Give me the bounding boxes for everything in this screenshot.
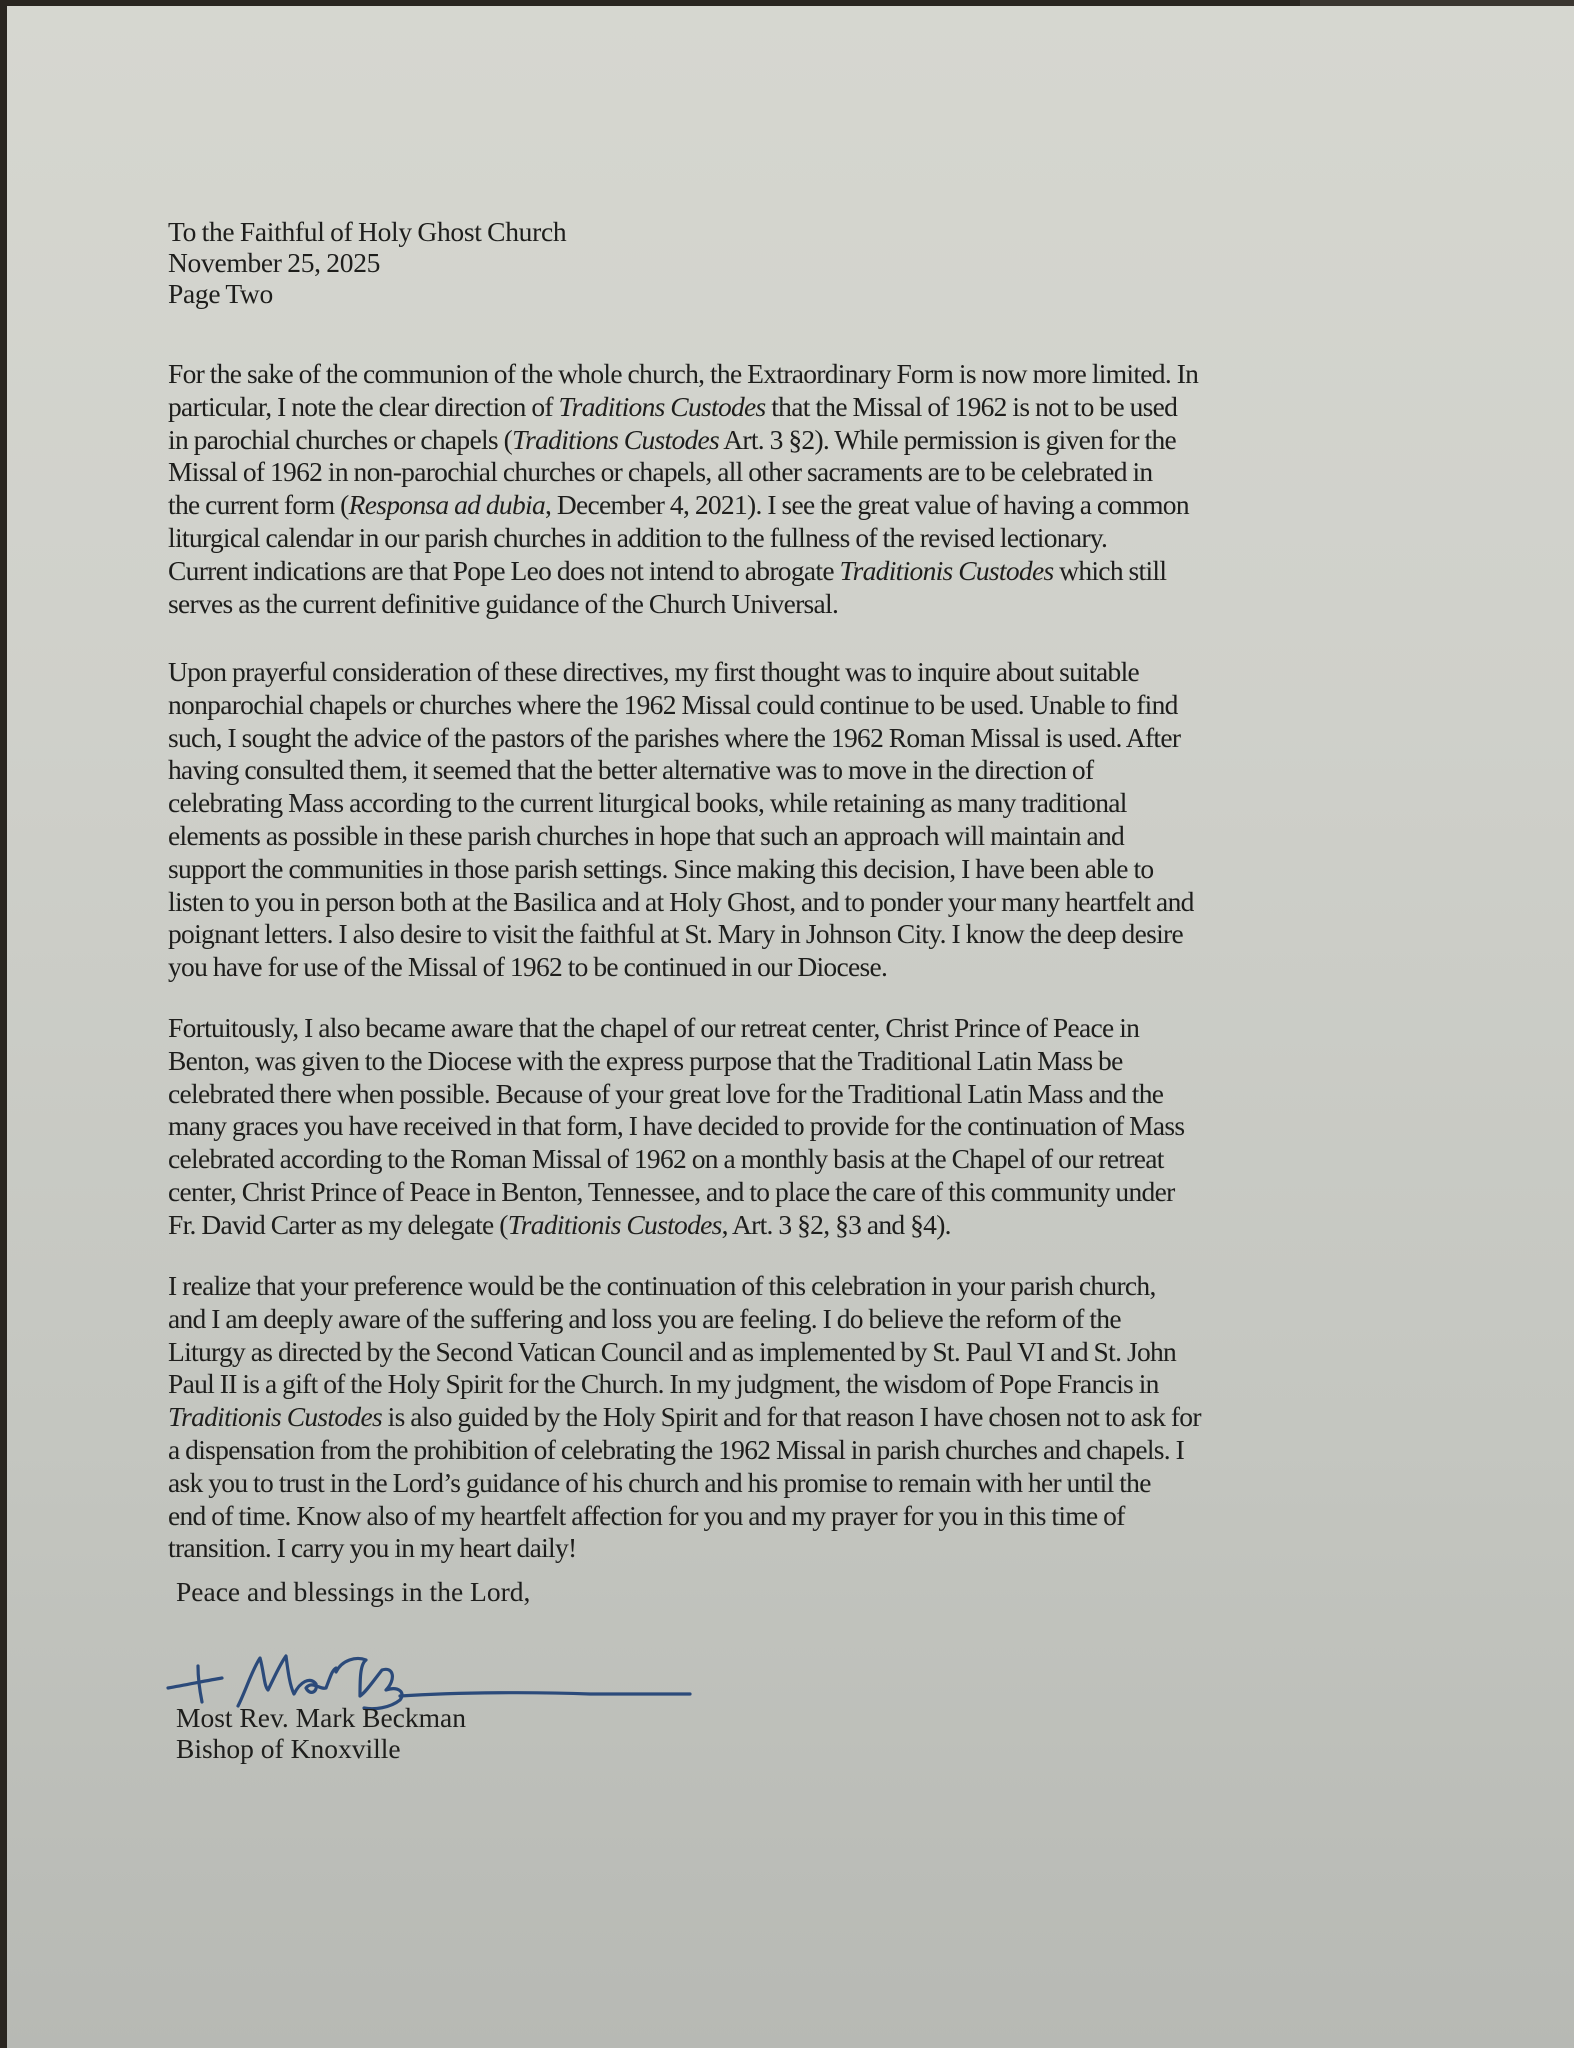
- text-run: liturgical calendar in our parish church…: [168, 522, 1107, 553]
- text-run: nonparochial chapels or churches where t…: [168, 689, 1178, 720]
- text-run: many graces you have received in that fo…: [168, 1110, 1184, 1141]
- letter-date: November 25, 2025: [168, 247, 566, 278]
- text-run: a dispensation from the prohibition of c…: [168, 1434, 1184, 1465]
- text-run: transition. I carry you in my heart dail…: [168, 1532, 577, 1563]
- text-line: Upon prayerful consideration of these di…: [168, 656, 1468, 689]
- italic-citation: Traditions Custodes: [559, 391, 766, 422]
- text-run: ask you to trust in the Lord’s guidance …: [168, 1467, 1151, 1498]
- text-run: listen to you in person both at the Basi…: [168, 886, 1194, 917]
- text-line: support the communities in those parish …: [168, 853, 1468, 886]
- italic-citation: Responsa ad dubia: [349, 489, 545, 520]
- text-run: Upon prayerful consideration of these di…: [168, 656, 1139, 687]
- text-line: Current indications are that Pope Leo do…: [168, 555, 1468, 588]
- text-run: celebrated there when possible. Because …: [168, 1078, 1163, 1109]
- text-run: the current form (: [168, 489, 349, 520]
- text-line: Traditionis Custodes is also guided by t…: [168, 1401, 1468, 1434]
- text-line: Fortuitously, I also became aware that t…: [168, 1012, 1468, 1045]
- addressee: To the Faithful of Holy Ghost Church: [168, 216, 566, 247]
- text-run: poignant letters. I also desire to visit…: [168, 918, 1183, 949]
- text-line: liturgical calendar in our parish church…: [168, 522, 1468, 555]
- text-line: Benton, was given to the Diocese with th…: [168, 1045, 1468, 1078]
- paragraph-1: For the sake of the communion of the who…: [168, 358, 1468, 620]
- paragraph-2: Upon prayerful consideration of these di…: [168, 656, 1468, 984]
- italic-citation: Traditions Custodes: [512, 424, 719, 455]
- text-run: and I am deeply aware of the suffering a…: [168, 1303, 1121, 1334]
- text-line: elements as possible in these parish chu…: [168, 820, 1468, 853]
- text-run: that the Missal of 1962 is not to be use…: [766, 391, 1178, 422]
- text-line: a dispensation from the prohibition of c…: [168, 1434, 1468, 1467]
- text-run: is also guided by the Holy Spirit and fo…: [382, 1401, 1201, 1432]
- signature-block: Most Rev. Mark Beckman Bishop of Knoxvil…: [176, 1702, 466, 1764]
- text-run: Missal of 1962 in non-parochial churches…: [168, 456, 1152, 487]
- text-run: celebrated according to the Roman Missal…: [168, 1143, 1164, 1174]
- text-run: support the communities in those parish …: [168, 853, 1153, 884]
- text-run: such, I sought the advice of the pastors…: [168, 722, 1180, 753]
- text-line: transition. I carry you in my heart dail…: [168, 1532, 1468, 1565]
- text-run: Current indications are that Pope Leo do…: [168, 555, 840, 586]
- text-line: listen to you in person both at the Basi…: [168, 886, 1468, 919]
- text-line: such, I sought the advice of the pastors…: [168, 722, 1468, 755]
- text-run: , December 4, 2021). I see the great val…: [545, 489, 1189, 520]
- background-surface: [1300, 0, 1574, 6]
- text-run: Fortuitously, I also became aware that t…: [168, 1012, 1139, 1043]
- text-run: celebrating Mass according to the curren…: [168, 787, 1127, 818]
- italic-citation: Traditionis Custodes: [840, 555, 1054, 586]
- text-line: nonparochial chapels or churches where t…: [168, 689, 1468, 722]
- text-line: celebrated according to the Roman Missal…: [168, 1143, 1468, 1176]
- text-run: which still: [1053, 555, 1166, 586]
- text-line: Missal of 1962 in non-parochial churches…: [168, 456, 1468, 489]
- signer-title: Bishop of Knoxville: [176, 1733, 466, 1764]
- text-line: poignant letters. I also desire to visit…: [168, 918, 1468, 951]
- text-line: having consulted them, it seemed that th…: [168, 754, 1468, 787]
- closing-salutation: Peace and blessings in the Lord,: [176, 1576, 530, 1608]
- text-run: For the sake of the communion of the who…: [168, 358, 1198, 389]
- text-line: you have for use of the Missal of 1962 t…: [168, 951, 1468, 984]
- text-line: For the sake of the communion of the who…: [168, 358, 1468, 391]
- italic-citation: Traditionis Custodes: [168, 1401, 382, 1432]
- text-line: and I am deeply aware of the suffering a…: [168, 1303, 1468, 1336]
- signer-name: Most Rev. Mark Beckman: [176, 1702, 466, 1733]
- text-line: the current form (Responsa ad dubia, Dec…: [168, 489, 1468, 522]
- text-run: you have for use of the Missal of 1962 t…: [168, 951, 887, 982]
- text-run: Benton, was given to the Diocese with th…: [168, 1045, 1123, 1076]
- text-run: center, Christ Prince of Peace in Benton…: [168, 1176, 1175, 1207]
- text-line: many graces you have received in that fo…: [168, 1110, 1468, 1143]
- text-line: end of time. Know also of my heartfelt a…: [168, 1500, 1468, 1533]
- text-line: in parochial churches or chapels (Tradit…: [168, 424, 1468, 457]
- text-line: Liturgy as directed by the Second Vatica…: [168, 1336, 1468, 1369]
- letter-header: To the Faithful of Holy Ghost Church Nov…: [168, 216, 566, 309]
- text-run: , Art. 3 §2, §3 and §4).: [722, 1209, 951, 1240]
- text-line: I realize that your preference would be …: [168, 1270, 1468, 1303]
- text-run: end of time. Know also of my heartfelt a…: [168, 1500, 1125, 1531]
- text-run: Art. 3 §2). While permission is given fo…: [719, 424, 1176, 455]
- text-line: Fr. David Carter as my delegate (Traditi…: [168, 1209, 1468, 1242]
- italic-citation: Traditionis Custodes: [508, 1209, 722, 1240]
- page-label: Page Two: [168, 278, 566, 309]
- text-run: Liturgy as directed by the Second Vatica…: [168, 1336, 1176, 1367]
- text-line: celebrating Mass according to the curren…: [168, 787, 1468, 820]
- paragraph-3: Fortuitously, I also became aware that t…: [168, 1012, 1468, 1242]
- paragraph-4: I realize that your preference would be …: [168, 1270, 1468, 1565]
- text-line: Paul II is a gift of the Holy Spirit for…: [168, 1368, 1468, 1401]
- text-run: in parochial churches or chapels (: [168, 424, 512, 455]
- text-run: Fr. David Carter as my delegate (: [168, 1209, 508, 1240]
- text-line: ask you to trust in the Lord’s guidance …: [168, 1467, 1468, 1500]
- text-run: I realize that your preference would be …: [168, 1270, 1156, 1301]
- handwritten-signature-icon: [160, 1620, 700, 1710]
- text-run: serves as the current definitive guidanc…: [168, 588, 838, 619]
- text-line: center, Christ Prince of Peace in Benton…: [168, 1176, 1468, 1209]
- text-line: celebrated there when possible. Because …: [168, 1078, 1468, 1111]
- text-run: elements as possible in these parish chu…: [168, 820, 1124, 851]
- text-run: Paul II is a gift of the Holy Spirit for…: [168, 1368, 1159, 1399]
- text-line: particular, I note the clear direction o…: [168, 391, 1468, 424]
- text-run: having consulted them, it seemed that th…: [168, 754, 1093, 785]
- text-run: particular, I note the clear direction o…: [168, 391, 559, 422]
- text-line: serves as the current definitive guidanc…: [168, 588, 1468, 621]
